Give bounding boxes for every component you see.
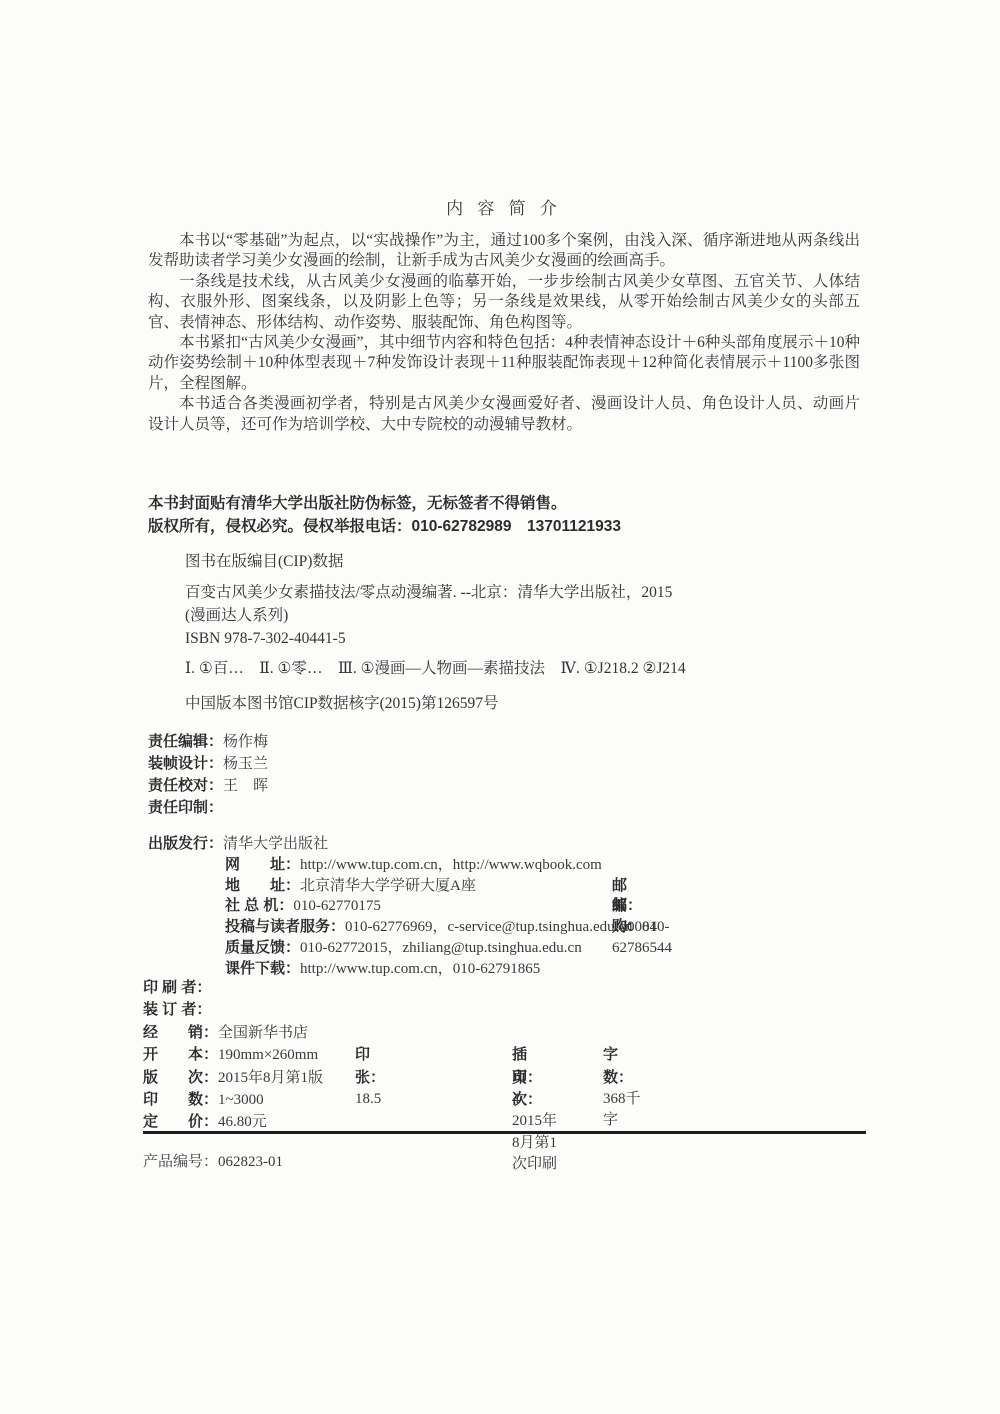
publisher-value: http://www.tup.com.cn，http://www.wqbook.… bbox=[300, 857, 602, 873]
cip-title-line: 百变古风美少女素描技法/零点动漫编著. --北京：清华大学出版社，2015 bbox=[185, 581, 672, 604]
publisher-value: 北京清华大学学研大厦A座 bbox=[300, 878, 476, 894]
anti-piracy-notice: 本书封面贴有清华大学出版社防伪标签，无标签者不得销售。 bbox=[148, 493, 878, 516]
printing-section: 印 刷 者： 装 订 者： 经 销：全国新华书店 开 本：190mm×260mm… bbox=[143, 977, 323, 1134]
printing-label: 印 数： bbox=[143, 1091, 218, 1108]
publisher-section: 出版发行：清华大学出版社 网 址：http://www.tup.com.cn，h… bbox=[148, 834, 633, 980]
credit-value: 杨玉兰 bbox=[223, 756, 268, 772]
printing-row-binder: 装 订 者： bbox=[143, 999, 323, 1021]
printing-label: 装 订 者： bbox=[143, 1001, 211, 1018]
cip-record-number: 中国版本图书馆CIP数据核字(2015)第126597号 bbox=[185, 691, 498, 713]
intro-paragraph-1: 本书以“零基础”为起点，以“实战操作”为主，通过100多个案例，由浅入深、循序渐… bbox=[148, 231, 860, 272]
credit-label: 责任校对： bbox=[148, 777, 223, 794]
printing-row-printer: 印 刷 者： bbox=[143, 977, 323, 999]
cip-classification: Ⅰ. ①百… Ⅱ. ①零… Ⅲ. ①漫画—人物画—素描技法 Ⅳ. ①J218.2… bbox=[185, 656, 686, 678]
product-code: 产品编号：062823-01 bbox=[143, 1150, 283, 1171]
intro-paragraph-3: 本书紧扣“古风美少女漫画”，其中细节内容和特色包括：4种表情神态设计＋6种头部角… bbox=[148, 333, 860, 394]
publisher-label: 网 址： bbox=[225, 856, 300, 873]
publisher-label: 投稿与读者服务： bbox=[225, 918, 345, 935]
publisher-value: 010-62770175 bbox=[293, 898, 381, 914]
credit-row-designer: 装帧设计：杨玉兰 bbox=[148, 753, 268, 775]
publisher-label: 质量反馈： bbox=[225, 939, 300, 956]
publisher-row-reader-service: 投稿与读者服务：010-62776969，c-service@tup.tsing… bbox=[225, 917, 633, 938]
printing-wordcount: 字 数：368千字 bbox=[603, 1044, 648, 1132]
credit-row-proofreader: 责任校对：王 晖 bbox=[148, 775, 268, 797]
publisher-label: 社 总 机： bbox=[225, 897, 293, 914]
printing-label: 印 刷 者： bbox=[143, 979, 211, 996]
printing-label: 版 次： bbox=[143, 1069, 218, 1086]
cip-heading: 图书在版编目(CIP)数据 bbox=[185, 549, 343, 571]
product-code-label: 产品编号： bbox=[143, 1154, 218, 1170]
intro-paragraph-4: 本书适合各类漫画初学者，特别是古风美少女漫画爱好者、漫画设计人员、角色设计人员、… bbox=[148, 394, 860, 435]
intro-paragraph-2: 一条线是技术线，从古风美少女漫画的临摹开始，一步步绘制古风美少女草图、五官关节、… bbox=[148, 272, 860, 333]
printing-label: 定 价： bbox=[143, 1113, 218, 1130]
publisher-label: 出版发行： bbox=[148, 835, 223, 852]
publisher-row-website: 网 址：http://www.tup.com.cn，http://www.wqb… bbox=[225, 855, 633, 876]
credits-section: 责任编辑：杨作梅 装帧设计：杨玉兰 责任校对：王 晖 责任印制： bbox=[148, 731, 268, 819]
printing-row-printrun: 印 数：1~3000 bbox=[143, 1089, 323, 1111]
printing-row-format: 开 本：190mm×260mm 印 张：18.5 插页：4 字 数：368千字 bbox=[143, 1044, 323, 1066]
printing-label: 开 本： bbox=[143, 1046, 218, 1063]
credit-label: 责任印制： bbox=[148, 799, 223, 816]
publisher-row-address: 地 址：北京清华大学学研大厦A座 邮 编：100084 bbox=[225, 876, 633, 897]
printing-sheets: 印 张：18.5 bbox=[355, 1044, 400, 1110]
notice-section: 本书封面贴有清华大学出版社防伪标签，无标签者不得销售。 版权所有，侵权必究。侵权… bbox=[148, 493, 878, 538]
intro-section: 本书以“零基础”为起点，以“实战操作”为主，通过100多个案例，由浅入深、循序渐… bbox=[148, 231, 860, 435]
product-code-value: 062823-01 bbox=[218, 1154, 283, 1170]
publisher-value: 清华大学出版社 bbox=[223, 836, 328, 852]
publisher-row-quality-feedback: 质量反馈：010-62772015，zhiliang@tup.tsinghua.… bbox=[225, 938, 633, 959]
copyright-notice: 版权所有，侵权必究。侵权举报电话：010-62782989 1370112193… bbox=[148, 516, 878, 539]
printing-impression: 印 次：2015年8月第1次印刷 bbox=[512, 1067, 557, 1176]
cip-data-block: 百变古风美少女素描技法/零点动漫编著. --北京：清华大学出版社，2015 (漫… bbox=[185, 581, 672, 650]
credit-value: 王 晖 bbox=[223, 778, 268, 794]
credit-row-editor: 责任编辑：杨作梅 bbox=[148, 731, 268, 753]
publisher-value: 010-62776969，c-service@tup.tsinghua.edu.… bbox=[345, 919, 633, 935]
publisher-value: http://www.tup.com.cn，010-62791865 bbox=[300, 961, 540, 977]
cip-isbn-line: ISBN 978-7-302-40441-5 bbox=[185, 627, 672, 650]
publisher-label: 地 址： bbox=[225, 877, 300, 894]
publisher-row-publisher: 出版发行：清华大学出版社 bbox=[148, 834, 633, 855]
divider-rule bbox=[143, 1131, 866, 1134]
credit-label: 责任编辑： bbox=[148, 733, 223, 750]
printing-row-distributor: 经 销：全国新华书店 bbox=[143, 1022, 323, 1044]
credit-row-print-supervisor: 责任印制： bbox=[148, 797, 268, 819]
credit-label: 装帧设计： bbox=[148, 755, 223, 772]
copyright-page: 内 容 简 介 本书以“零基础”为起点，以“实战操作”为主，通过100多个案例，… bbox=[0, 0, 1000, 1414]
intro-heading: 内 容 简 介 bbox=[148, 194, 860, 219]
publisher-value: 010-62772015，zhiliang@tup.tsinghua.edu.c… bbox=[300, 940, 582, 956]
printing-label: 经 销： bbox=[143, 1024, 218, 1041]
publisher-label: 课件下载： bbox=[225, 960, 300, 977]
cip-series-line: (漫画达人系列) bbox=[185, 604, 672, 627]
credit-value: 杨作梅 bbox=[223, 734, 268, 750]
printing-row-edition: 版 次：2015年8月第1版 印 次：2015年8月第1次印刷 bbox=[143, 1067, 323, 1089]
publisher-row-switchboard: 社 总 机：010-62770175 邮 购：010-62786544 bbox=[225, 896, 633, 917]
